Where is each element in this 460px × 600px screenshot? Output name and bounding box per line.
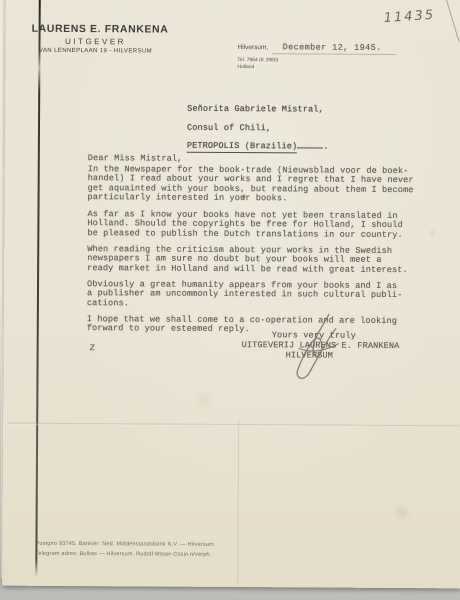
body-paragraph-2: As far as I know your books have not yet… — [87, 210, 427, 240]
letterhead-address: VAN LENNEPLAAN 19 - HILVERSUM — [31, 48, 159, 55]
vertical-fold-mark — [35, 0, 41, 577]
horizontal-fold-crease — [7, 423, 459, 428]
scanned-letter-page: LAURENS E. FRANKENA UITGEVER VAN LENNEPL… — [0, 0, 460, 600]
paper-stain — [391, 505, 413, 521]
corner-edge-mark — [446, 0, 460, 41]
underline-gap — [297, 148, 323, 149]
vertical-fold-crease — [237, 420, 239, 585]
letter-paper: LAURENS E. FRANKENA UITGEVER VAN LENNEPL… — [2, 0, 460, 588]
recipient-city-period: . — [323, 142, 328, 152]
dateline-date: December 12, 1945. — [273, 42, 396, 55]
recipient-city: PETROPOLIS (Brazilie). — [187, 142, 329, 152]
body-paragraph-3: When reading the criticism about your wo… — [87, 245, 427, 275]
paper-stain — [428, 229, 436, 236]
recipient-title: Consul of Chili, — [187, 124, 329, 134]
footer-bank-details: Postgiro 93745. Bankier: Ned. Middenstan… — [35, 541, 215, 561]
dateline-place: Hilversum, — [237, 44, 268, 51]
footer-line-postgiro: Postgiro 93745. Bankier: Ned. Middenstan… — [35, 541, 215, 548]
body-paragraph-1: In the Newspaper for the book-trade (Nie… — [88, 165, 428, 204]
footer-line-telegram: Telegram adres: Bulkas — Hilversum. Rudo… — [35, 550, 215, 557]
letterhead: LAURENS E. FRANKENA UITGEVER VAN LENNEPL… — [31, 23, 159, 55]
dateline: Hilversum, December 12, 1945. Tel. 7964 … — [237, 36, 395, 71]
letterhead-name: LAURENS E. FRANKENA — [32, 23, 160, 36]
paper-stain — [195, 388, 211, 412]
dateline-country: Holland — [237, 64, 395, 71]
body-paragraph-5: I hope that we shall come to a co-operat… — [87, 315, 427, 336]
handwritten-archive-number: 11435 — [383, 7, 444, 26]
letter-content: LAURENS E. FRANKENA UITGEVER VAN LENNEPL… — [0, 0, 460, 600]
dateline-telephone: Tel. 7964 (K 2980) — [237, 57, 395, 64]
recipient-city-text: PETROPOLIS (Brazilie) — [187, 141, 297, 153]
body-paragraph-4: Obviously a great humanity appears from … — [87, 280, 427, 310]
recipient-name: Señorita Gabriele Mistral, — [187, 105, 329, 115]
recipient-address-block: Señorita Gabriele Mistral, Consul of Chi… — [187, 96, 329, 162]
paper-stain — [242, 194, 246, 199]
letterhead-role: UITGEVER — [31, 37, 159, 47]
salutation: Dear Miss Mistral, — [88, 154, 183, 164]
handwritten-signature — [282, 312, 352, 384]
typist-reference-mark: Z — [90, 344, 95, 353]
